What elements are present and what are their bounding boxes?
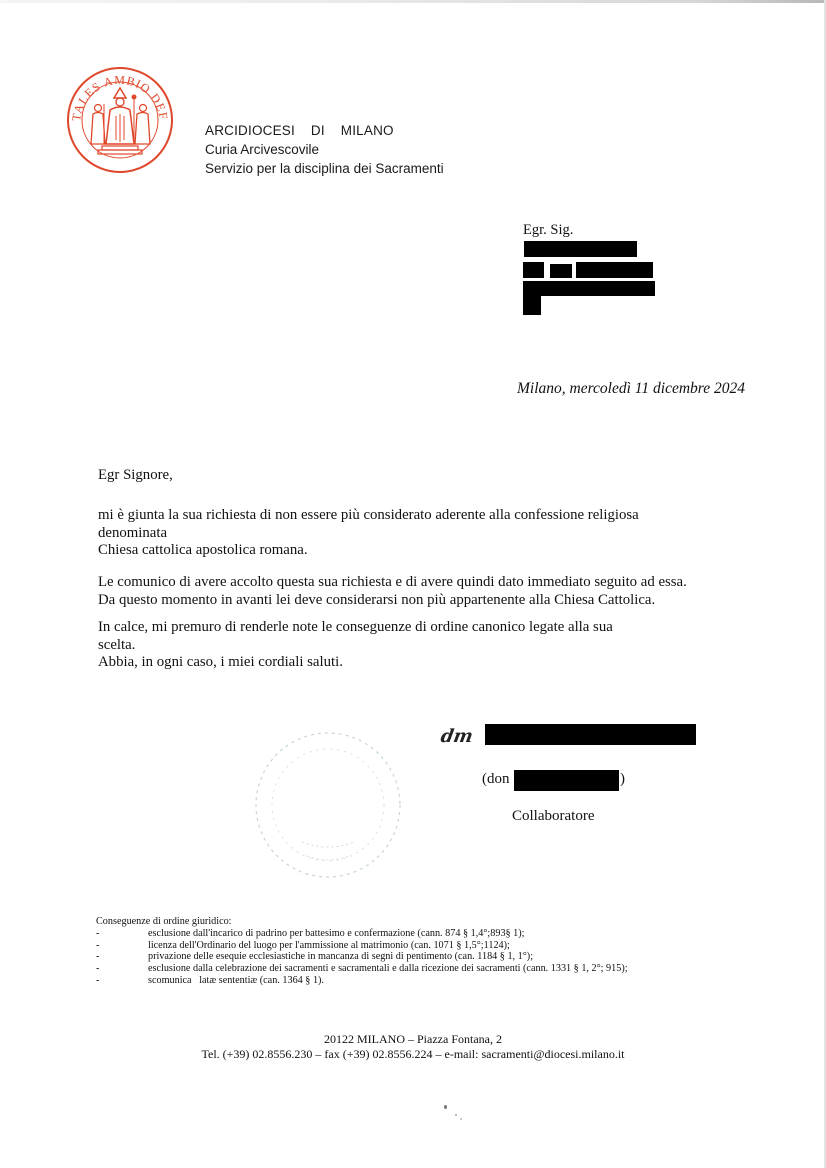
signatory-role: Collaboratore bbox=[512, 808, 594, 825]
footer-contacts: Tel. (+39) 02.8556.230 – fax (+39) 02.85… bbox=[0, 1047, 826, 1062]
bullet-dash: - bbox=[96, 940, 99, 952]
paragraph-line: Chiesa cattolica apostolica romana. bbox=[98, 542, 639, 560]
redaction-bar bbox=[523, 281, 541, 315]
paragraph-line: mi è giunta la sua richiesta di non esse… bbox=[98, 507, 639, 525]
department-name: Curia Arcivescovile bbox=[205, 140, 444, 159]
list-item: - esclusione dall'incarico di padrino pe… bbox=[96, 928, 628, 940]
bullet-dash: - bbox=[96, 975, 99, 987]
organization-name: ARCIDIOCESI DI MILANO bbox=[205, 121, 444, 140]
letter-paragraph-2: Le comunico di avere accolto questa sua … bbox=[98, 574, 687, 609]
letter-greeting: Egr Signore, bbox=[98, 467, 173, 485]
scan-speck bbox=[444, 1105, 447, 1109]
redaction-bar bbox=[576, 262, 653, 278]
paragraph-line: scelta. bbox=[98, 637, 613, 655]
list-item: - scomunica latæ sententiæ (can. 1364 § … bbox=[96, 975, 628, 987]
footer-address: 20122 MILANO – Piazza Fontana, 2 bbox=[0, 1032, 826, 1047]
list-item-text: esclusione dalla celebrazione dei sacram… bbox=[148, 963, 628, 974]
service-name: Servizio per la disciplina dei Sacrament… bbox=[205, 159, 444, 178]
scan-speck bbox=[460, 1118, 462, 1120]
signatory-prefix: (don bbox=[482, 771, 510, 788]
list-item-text: scomunica latæ sententiæ (can. 1364 § 1)… bbox=[148, 975, 324, 986]
redaction-bar bbox=[514, 770, 619, 791]
redaction-bar bbox=[485, 724, 696, 745]
paragraph-line: Abbia, in ogni caso, i miei cordiali sal… bbox=[98, 654, 613, 672]
handwritten-signature: dm bbox=[439, 726, 474, 747]
svg-text:TALES AMBIO DEFENSORES: TALES AMBIO DEFENSORES bbox=[66, 66, 171, 122]
archdiocese-seal-icon: TALES AMBIO DEFENSORES bbox=[66, 66, 174, 174]
recipient-block: Egr. Sig. bbox=[523, 221, 573, 239]
list-item: - esclusione dalla celebrazione dei sacr… bbox=[96, 963, 628, 975]
signatory-suffix: ) bbox=[620, 771, 625, 788]
letterhead: ARCIDIOCESI DI MILANO Curia Arcivescovil… bbox=[205, 121, 444, 178]
consequences-list: Conseguenze di ordine giuridico: - esclu… bbox=[96, 916, 628, 987]
scan-edge-top bbox=[0, 0, 826, 3]
list-item-text: privazione delle esequie ecclesiastiche … bbox=[148, 951, 533, 962]
list-item-text: esclusione dall'incarico di padrino per … bbox=[148, 928, 525, 939]
letter-date: Milano, mercoledì 11 dicembre 2024 bbox=[517, 380, 745, 398]
redaction-bar bbox=[550, 264, 572, 278]
letter-paragraph-1: mi è giunta la sua richiesta di non esse… bbox=[98, 507, 639, 560]
redaction-bar bbox=[524, 241, 637, 257]
paragraph-line: Da questo momento in avanti lei deve con… bbox=[98, 592, 687, 610]
consequences-title: Conseguenze di ordine giuridico: bbox=[96, 916, 628, 928]
paragraph-line: denominata bbox=[98, 525, 639, 543]
list-item: - privazione delle esequie ecclesiastich… bbox=[96, 951, 628, 963]
recipient-salutation: Egr. Sig. bbox=[523, 222, 573, 238]
letter-footer: 20122 MILANO – Piazza Fontana, 2 Tel. (+… bbox=[0, 1032, 826, 1062]
bullet-dash: - bbox=[96, 951, 99, 963]
paragraph-line: In calce, mi premuro di renderle note le… bbox=[98, 619, 613, 637]
bullet-dash: - bbox=[96, 928, 99, 940]
bullet-dash: - bbox=[96, 963, 99, 975]
letter-paragraph-3: In calce, mi premuro di renderle note le… bbox=[98, 619, 613, 672]
official-stamp-icon bbox=[252, 730, 404, 880]
scan-speck bbox=[455, 1114, 457, 1116]
list-item: - licenza dell'Ordinario del luogo per l… bbox=[96, 940, 628, 952]
redaction-bar bbox=[523, 262, 544, 278]
paragraph-line: Le comunico di avere accolto questa sua … bbox=[98, 574, 687, 592]
redaction-bar bbox=[523, 281, 655, 296]
list-item-text: licenza dell'Ordinario del luogo per l'a… bbox=[148, 940, 510, 951]
